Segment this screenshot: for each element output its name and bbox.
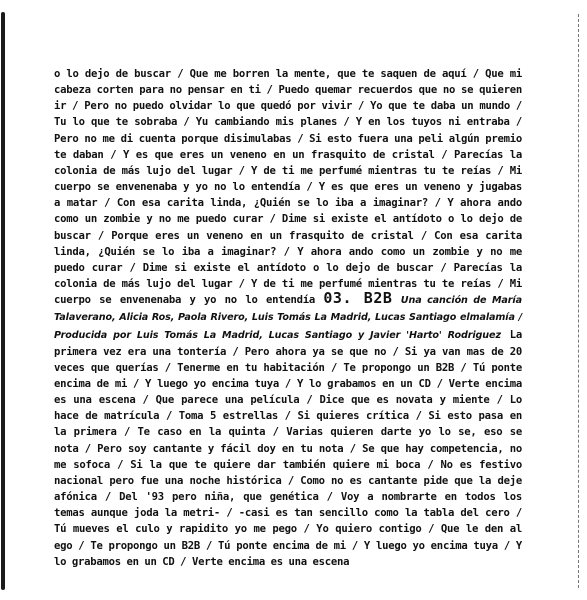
song-title: 03. B2B: [323, 289, 392, 307]
song-lyrics: La primera vez era una tontería / Pero a…: [54, 329, 522, 568]
previous-song-lyrics: o lo dejo de buscar / Que me borren la m…: [54, 68, 522, 306]
lyrics-page: o lo dejo de buscar / Que me borren la m…: [54, 66, 522, 570]
page-edge-right-dashed-rule: [578, 14, 579, 588]
page-edge-left-rule: [1, 12, 5, 590]
